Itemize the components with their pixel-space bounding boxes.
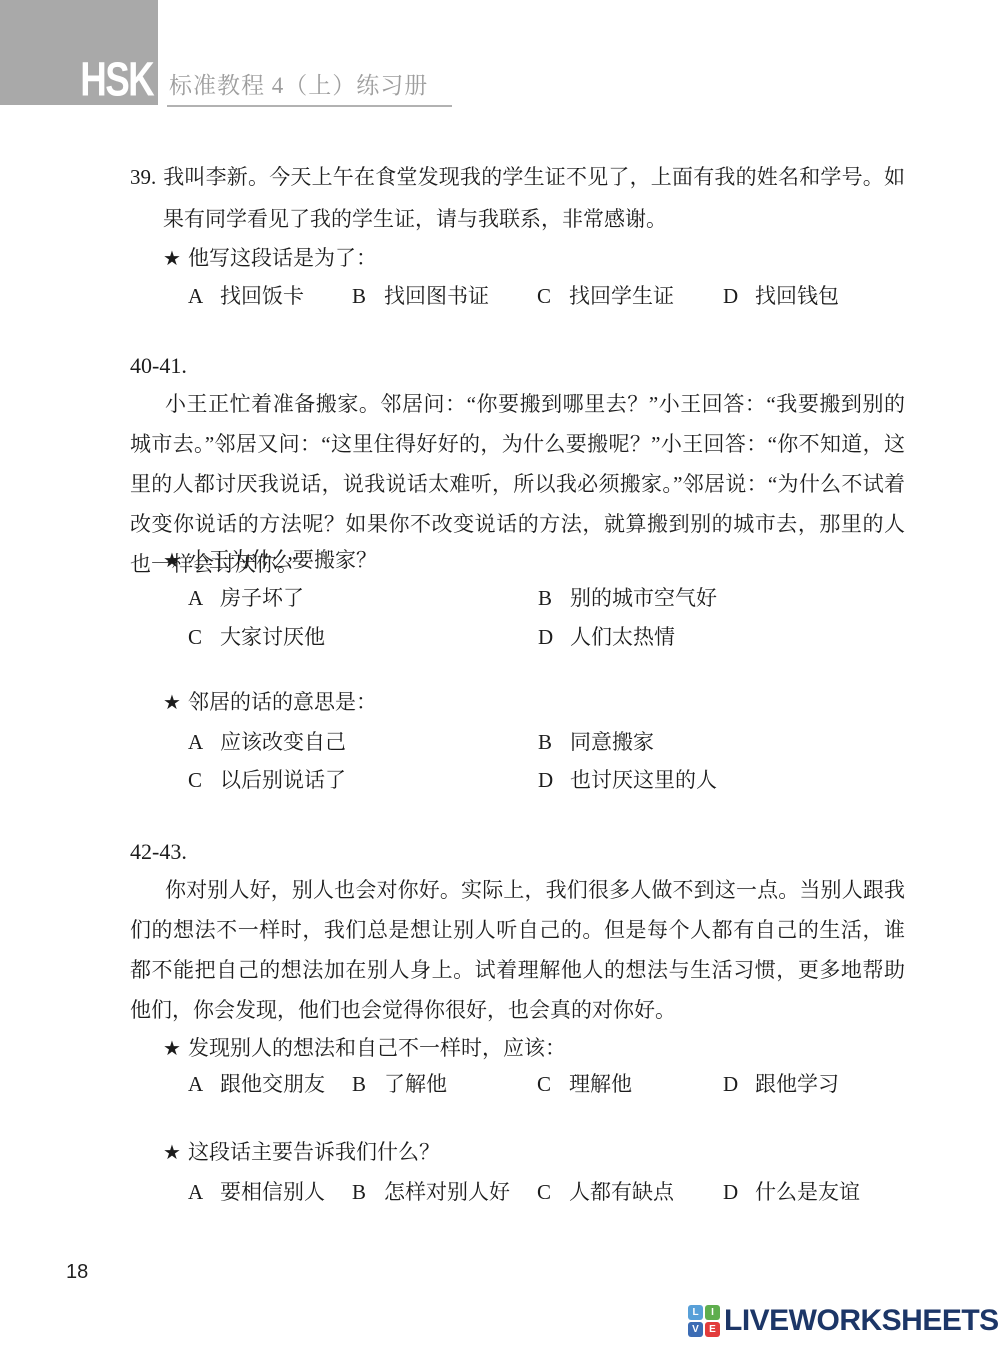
question-42-43-number: 42-43. [130,832,905,872]
star-icon: ★ [163,683,188,723]
question-39-options: A找回饭卡 B找回图书证 C找回学生证 D找回钱包 [130,276,905,316]
page-number: 18 [66,1258,88,1286]
star-icon: ★ [163,1133,188,1173]
option-text: 也讨厌这里的人 [570,768,717,792]
question-39-passage: 39.我叫李新。今天上午在食堂发现我的学生证不见了，上面有我的姓名和学号。如果有… [130,156,905,240]
prompt-text: 邻居的话的意思是： [188,690,377,714]
hsk-logo: HSK [80,55,153,103]
logo-tile-i: I [705,1305,720,1320]
option-letter: C [537,1172,569,1212]
option-c: C人都有缺点 [537,1172,723,1212]
question-43-prompt: ★这段话主要告诉我们什么？ [130,1132,905,1173]
option-text: 找回学生证 [569,284,674,308]
option-b: B找回图书证 [352,276,537,316]
worksheet-page: HSK 标准教程 4（上）练习册 39.我叫李新。今天上午在食堂发现我的学生证不… [0,0,1000,1347]
option-letter: C [188,760,220,800]
option-letter: D [538,760,570,800]
option-letter: B [352,1172,384,1212]
logo-tile-v: V [688,1322,703,1337]
star-icon: ★ [163,1029,188,1069]
option-text: 房子坏了 [220,586,304,610]
star-icon: ★ [163,541,188,581]
logo-tile-e: E [705,1322,720,1337]
option-letter: B [352,276,384,316]
header-rule [167,105,452,107]
option-letter: C [537,1064,569,1104]
question-number: 39. [130,156,163,198]
option-letter: C [188,617,220,657]
question-40-options-row-2: C大家讨厌他 D人们太热情 [130,617,905,657]
question-40-prompt: ★小王为什么要搬家？ [130,540,905,581]
prompt-text: 这段话主要告诉我们什么？ [188,1140,440,1164]
question-39-prompt: ★他写这段话是为了： [130,238,905,279]
prompt-text: 发现别人的想法和自己不一样时，应该： [188,1036,566,1060]
question-41-options-row-2: C以后别说话了 D也讨厌这里的人 [130,760,905,800]
option-text: 找回钱包 [755,284,839,308]
option-d: D找回钱包 [723,276,905,316]
prompt-text: 小王为什么要搬家？ [188,548,377,572]
header-title: 标准教程 4（上）练习册 [169,72,428,100]
option-letter: B [538,578,570,618]
liveworksheets-logo[interactable]: L I V E LIVEWORKSHEETS [688,1304,999,1338]
option-text: 跟他学习 [755,1072,839,1096]
option-d: D跟他学习 [723,1064,905,1104]
question-40-41-number: 40-41. [130,346,905,386]
option-text: 什么是友谊 [755,1180,860,1204]
option-letter: D [723,1064,755,1104]
option-letter: B [538,722,570,762]
option-text: 要相信别人 [220,1180,325,1204]
option-b: B别的城市空气好 [538,578,905,618]
option-letter: A [188,578,220,618]
option-c: C以后别说话了 [188,760,538,800]
option-text: 了解他 [384,1072,447,1096]
question-42-43-passage: 你对别人好，别人也会对你好。实际上，我们很多人做不到这一点。当别人跟我们的想法不… [130,870,905,1030]
option-letter: C [537,276,569,316]
question-40-options-row-1: A房子坏了 B别的城市空气好 [130,578,905,618]
option-text: 别的城市空气好 [570,586,717,610]
option-d: D也讨厌这里的人 [538,760,905,800]
option-text: 大家讨厌他 [220,625,325,649]
option-text: 人都有缺点 [569,1180,674,1204]
option-text: 跟他交朋友 [220,1072,325,1096]
option-a: A房子坏了 [188,578,538,618]
question-41-options-row-1: A应该改变自己 B同意搬家 [130,722,905,762]
hsk-logo-box: HSK [0,0,158,105]
liveworksheets-wordmark: LIVEWORKSHEETS [724,1304,999,1338]
passage-text: 我叫李新。今天上午在食堂发现我的学生证不见了，上面有我的姓名和学号。如果有同学看… [163,165,905,231]
option-letter: A [188,722,220,762]
option-text: 以后别说话了 [220,768,346,792]
option-letter: D [723,1172,755,1212]
option-b: B怎样对别人好 [352,1172,537,1212]
option-text: 理解他 [569,1072,632,1096]
option-a: A要相信别人 [188,1172,352,1212]
option-letter: A [188,276,220,316]
option-letter: D [723,276,755,316]
liveworksheets-tiles-icon: L I V E [688,1305,720,1337]
option-a: A跟他交朋友 [188,1064,352,1104]
option-b: B同意搬家 [538,722,905,762]
option-letter: D [538,617,570,657]
question-43-options: A要相信别人 B怎样对别人好 C人都有缺点 D什么是友谊 [130,1172,905,1212]
logo-tile-l: L [688,1305,703,1320]
question-42-options: A跟他交朋友 B了解他 C理解他 D跟他学习 [130,1064,905,1104]
option-letter: A [188,1064,220,1104]
option-letter: A [188,1172,220,1212]
option-a: A应该改变自己 [188,722,538,762]
option-text: 应该改变自己 [220,730,346,754]
question-41-prompt: ★邻居的话的意思是： [130,682,905,723]
option-text: 找回图书证 [384,284,489,308]
option-text: 同意搬家 [570,730,654,754]
option-c: C找回学生证 [537,276,723,316]
option-c: C理解他 [537,1064,723,1104]
option-d: D人们太热情 [538,617,905,657]
question-42-prompt: ★发现别人的想法和自己不一样时，应该： [130,1028,905,1069]
star-icon: ★ [163,239,188,279]
option-a: A找回饭卡 [188,276,352,316]
option-text: 找回饭卡 [220,284,304,308]
option-letter: B [352,1064,384,1104]
option-d: D什么是友谊 [723,1172,905,1212]
option-c: C大家讨厌他 [188,617,538,657]
prompt-text: 他写这段话是为了： [188,246,377,270]
option-text: 怎样对别人好 [384,1180,510,1204]
option-b: B了解他 [352,1064,537,1104]
option-text: 人们太热情 [570,625,675,649]
